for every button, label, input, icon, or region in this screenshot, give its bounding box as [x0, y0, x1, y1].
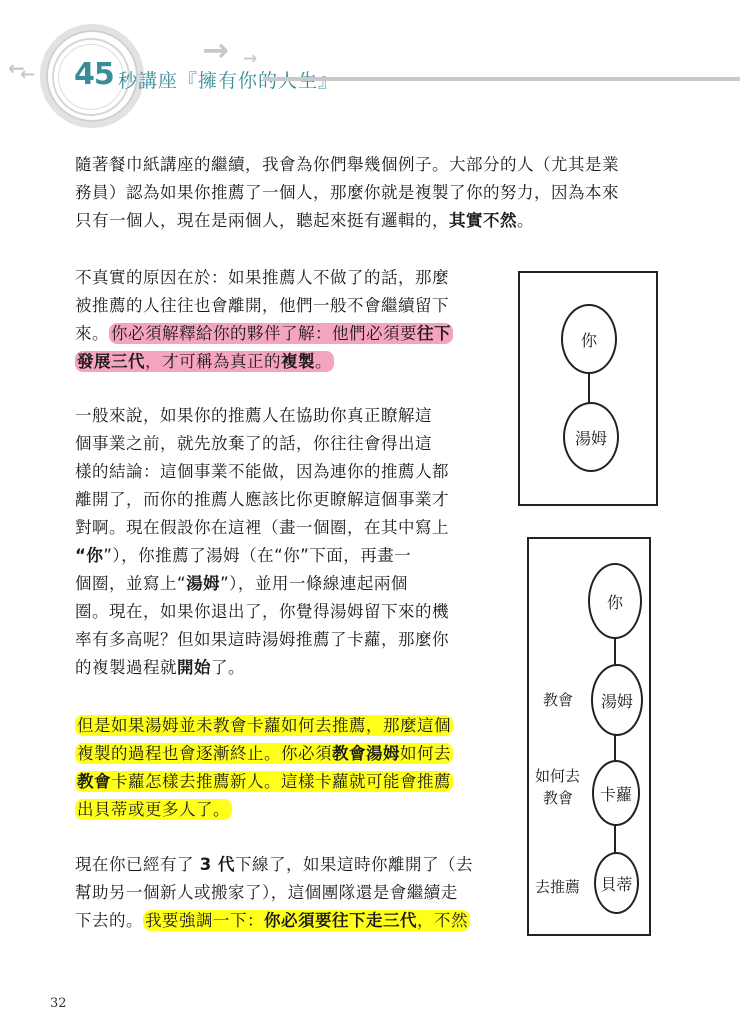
text-span: 卡蘿怎樣去推薦新人。這樣卡蘿就可能會推薦: [111, 772, 451, 791]
pink-highlight: 你必須解釋給你的夥伴了解：他們必須要往下: [109, 323, 453, 344]
text-span: 只有一個人，現在是兩個人，聽起來挺有邏輯的，: [75, 211, 449, 230]
text-line: 離開了，而你的推薦人應該比你更瞭解這個事業才: [75, 486, 505, 514]
text-line: 發展三代，才可稱為真正的複製。: [75, 348, 505, 376]
paragraph-example: 一般來說，如果你的推薦人在協助你真正瞭解這 個事業之前，就先放棄了的話，你往往會…: [75, 402, 505, 682]
text-span: 複製的過程也會逐漸終止。你必須: [77, 744, 332, 763]
label-teach-2: 教會: [543, 787, 573, 809]
arrow-right-icon: →: [202, 34, 229, 66]
node-betty: 貝蒂: [594, 852, 639, 914]
node-you: 你: [561, 304, 617, 374]
bold-text: 往下: [417, 324, 451, 343]
text-line: 來。你必須解釋給你的夥伴了解：他們必須要往下: [75, 320, 505, 348]
bold-text: 開始: [177, 658, 211, 677]
text-line: 複製的過程也會逐漸終止。你必須教會湯姆如何去: [75, 740, 505, 768]
bold-text: 複製: [281, 352, 315, 371]
text-span: ”），並用一條線連起兩個: [220, 574, 408, 593]
arrow-left-icon: ←: [20, 66, 35, 84]
yellow-highlight: 但是如果湯姆並未教會卡蘿如何去推薦，那麼這個: [75, 715, 453, 736]
paragraph-teaching: 但是如果湯姆並未教會卡蘿如何去推薦，那麼這個 複製的過程也會逐漸終止。你必須教會…: [75, 712, 505, 824]
text-line: 教會卡蘿怎樣去推薦新人。這樣卡蘿就可能會推薦: [75, 768, 505, 796]
label-how-to: 如何去: [535, 765, 580, 787]
text-span: ”），你推薦了湯姆（在“你”下面，再畫一: [103, 546, 411, 565]
paragraph-three-generations: 現在你已經有了 3 代下線了，如果這時你離開了（去 幫助另一個新人或搬家了），這…: [75, 851, 505, 935]
text-span: ，不然: [417, 911, 468, 930]
text-line: 一般來說，如果你的推薦人在協助你真正瞭解這: [75, 402, 505, 430]
text-line: 幫助另一個新人或搬家了），這個團隊還是會繼續走: [75, 879, 505, 907]
connector-line: [614, 823, 616, 853]
text-line: 隨著餐巾紙講座的繼續，我會為你們舉幾個例子。大部分的人（尤其是業: [75, 151, 515, 179]
text-line: 只有一個人，現在是兩個人，聽起來挺有邏輯的，其實不然。: [75, 207, 515, 235]
header-divider: [263, 77, 740, 81]
text-line: 出貝蒂或更多人了。: [75, 796, 505, 824]
text-line: 現在你已經有了 3 代下線了，如果這時你離開了（去: [75, 851, 505, 879]
text-span: 你必須解釋給你的夥伴了解：他們必須要: [111, 324, 417, 343]
bold-text: 發展三代: [77, 352, 145, 371]
page-number: 32: [50, 996, 67, 1011]
bold-text: “: [75, 546, 86, 565]
text-span: 如何去: [400, 744, 451, 763]
text-line: 的複製過程就開始了。: [75, 654, 505, 682]
yellow-highlight: 我要強調一下：你必須要往下走三代，不然: [143, 910, 470, 931]
chapter-number: 45: [74, 57, 114, 92]
paragraph-reason: 不真實的原因在於：如果推薦人不做了的話，那麼 被推薦的人往往也會離開，他們一般不…: [75, 264, 505, 376]
text-line: 個圈，並寫上“湯姆”），並用一條線連起兩個: [75, 570, 505, 598]
text-line: 個事業之前，就先放棄了的話，你往往會得出這: [75, 430, 505, 458]
text-line: 不真實的原因在於：如果推薦人不做了的話，那麼: [75, 264, 505, 292]
text-line: 對啊。現在假設你在這裡（畫一個圈，在其中寫上: [75, 514, 505, 542]
node-tom: 湯姆: [563, 402, 619, 472]
pink-highlight: 發展三代，才可稱為真正的複製。: [75, 351, 334, 372]
text-line: 但是如果湯姆並未教會卡蘿如何去推薦，那麼這個: [75, 712, 505, 740]
yellow-highlight: 複製的過程也會逐漸終止。你必須教會湯姆如何去: [75, 743, 453, 764]
node-you: 你: [588, 563, 642, 639]
yellow-highlight: 出貝蒂或更多人了。: [75, 799, 232, 820]
label-recommend: 去推薦: [535, 876, 580, 898]
bold-text: 你: [86, 546, 103, 565]
bold-text: 3 代: [200, 855, 235, 874]
text-line: 務員）認為如果你推薦了一個人，那麼你就是複製了你的努力，因為本來: [75, 179, 515, 207]
node-tom: 湯姆: [591, 664, 643, 736]
text-span: 下線了，如果這時你離開了（去: [235, 855, 473, 874]
text-span: 個圈，並寫上“: [75, 574, 186, 593]
text-span: 來。: [75, 324, 109, 343]
text-line: 下去的。我要強調一下：你必須要往下走三代，不然: [75, 907, 505, 935]
text-line: 被推薦的人往往也會離開，他們一般不會繼續留下: [75, 292, 505, 320]
paragraph-intro: 隨著餐巾紙講座的繼續，我會為你們舉幾個例子。大部分的人（尤其是業 務員）認為如果…: [75, 151, 515, 235]
text-span: 。: [517, 211, 534, 230]
chapter-header: ← ← → → 45 秒講座『擁有你的人生』: [0, 0, 740, 135]
bold-text: 你必須要往下走三代: [264, 911, 417, 930]
text-line: 樣的結論：這個事業不能做，因為連你的推薦人都: [75, 458, 505, 486]
text-line: 率有多高呢？但如果這時湯姆推薦了卡蘿，那麼你: [75, 626, 505, 654]
text-span: 現在你已經有了: [75, 855, 200, 874]
label-teach: 教會: [543, 689, 573, 711]
text-line: “你”），你推薦了湯姆（在“你”下面，再畫一: [75, 542, 505, 570]
text-span: 。: [315, 352, 332, 371]
text-span: 的複製過程就: [75, 658, 177, 677]
bold-text: 湯姆: [186, 574, 220, 593]
yellow-highlight: 教會卡蘿怎樣去推薦新人。這樣卡蘿就可能會推薦: [75, 771, 453, 792]
bold-text: 教會: [77, 772, 111, 791]
connector-line: [614, 637, 616, 667]
bold-text: 其實不然: [449, 211, 517, 230]
text-span: ，才可稱為真正的: [145, 352, 281, 371]
node-carol: 卡蘿: [592, 760, 640, 826]
text-line: 圈。現在，如果你退出了，你覺得湯姆留下來的機: [75, 598, 505, 626]
text-span: 我要強調一下：: [145, 911, 264, 930]
bold-text: 教會湯姆: [332, 744, 400, 763]
text-span: 下去的。: [75, 911, 143, 930]
text-span: 了。: [211, 658, 245, 677]
